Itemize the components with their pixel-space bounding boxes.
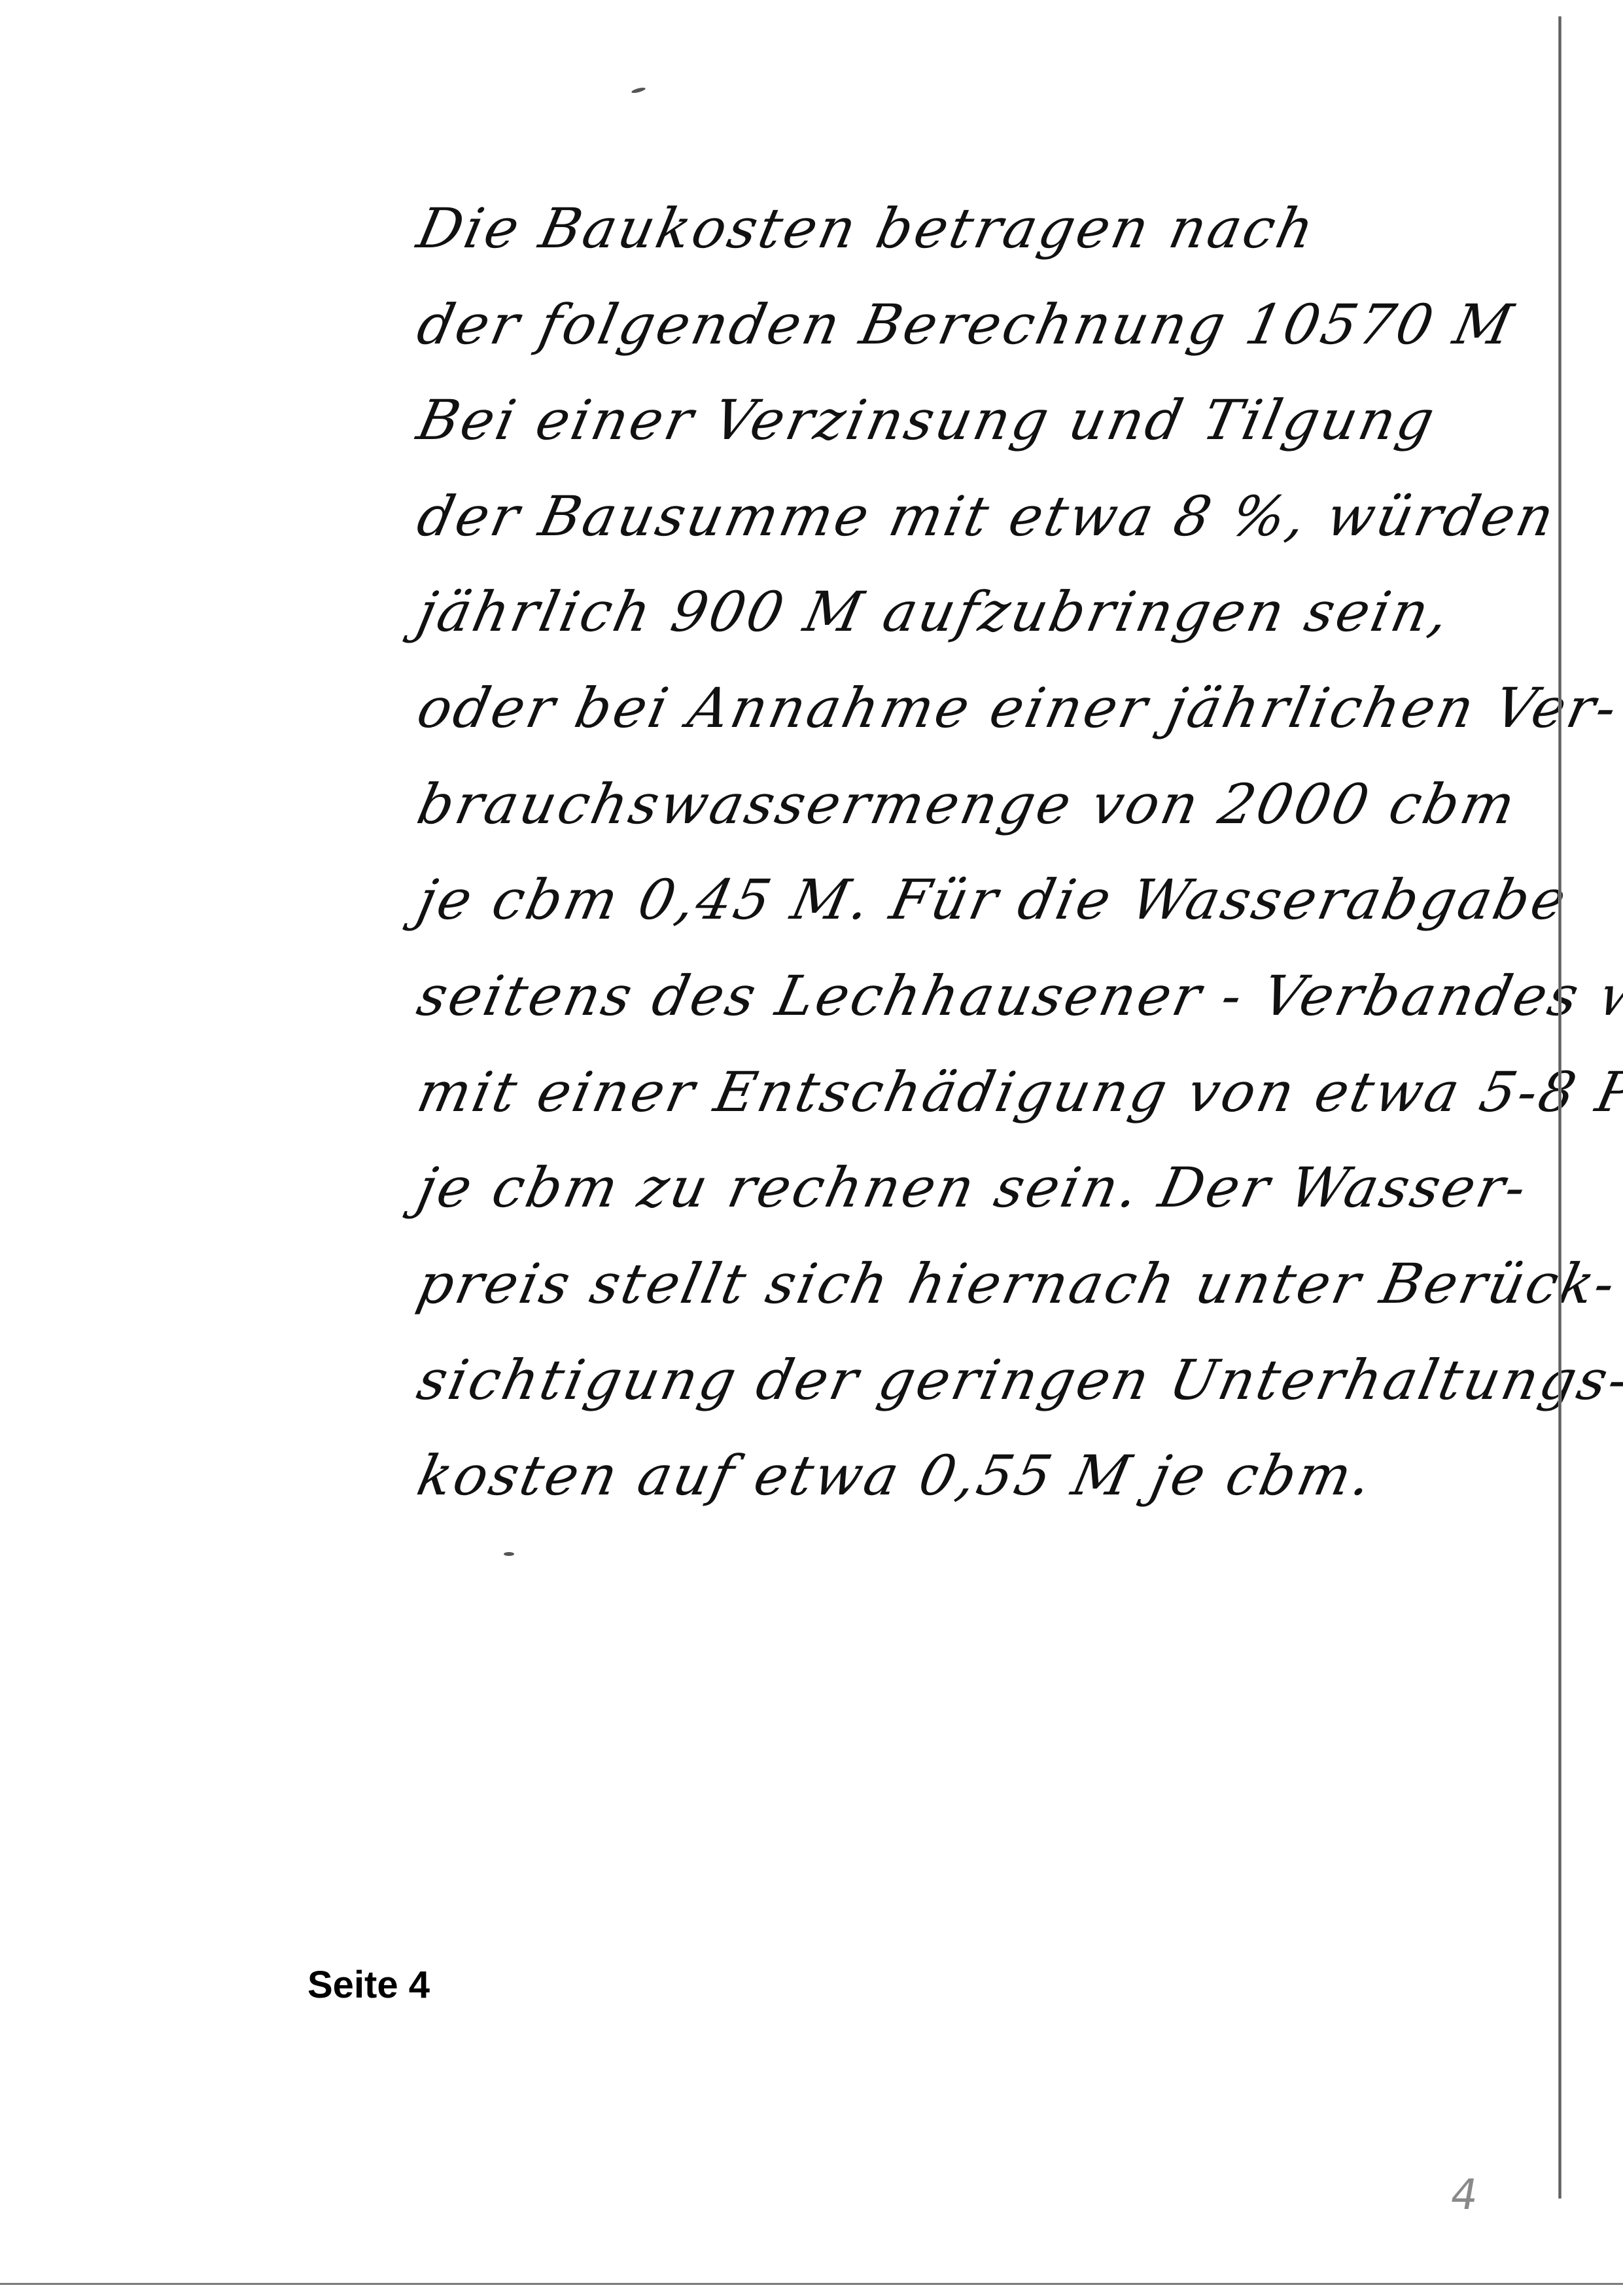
document-page: Die Baukosten betragen nach der folgende… [0,0,1623,2296]
scan-speck [631,86,646,94]
handwritten-line: je cbm zu rechnen sein. Der Wasser- [412,1156,1535,1220]
handwritten-line: seitens des Lechhausener - Verbandes wir… [412,964,1623,1028]
handwritten-line: Die Baukosten betragen nach [412,196,1322,260]
handwritten-line: sichtigung der geringen Unterhaltungs- [412,1348,1623,1412]
handwritten-line: der Bausumme mit etwa 8 %, würden [412,484,1562,548]
handwritten-line: preis stellt sich hiernach unter Berück- [412,1252,1623,1316]
handwritten-line: je cbm 0,45 M. Für die Wasserabgabe [412,868,1574,932]
handwritten-line: jährlich 900 M aufzubringen sein, [412,580,1457,644]
handwritten-line: oder bei Annahme einer jährlichen Ver- [412,676,1623,740]
handwritten-line: der folgenden Berechnung 10570 M [412,292,1521,357]
page-label: Seite 4 [307,1963,430,2007]
binding-edge-line [1558,16,1562,2199]
handwritten-line: kosten auf etwa 0,55 M je cbm. [412,1443,1380,1508]
scan-speck [504,1552,514,1556]
handwritten-page-number: 4 [1446,2171,1482,2219]
handwritten-line: brauchswassermenge von 2000 cbm [412,772,1524,836]
handwritten-line: mit einer Entschädigung von etwa 5-8 Pf [412,1060,1623,1124]
page-bottom-rule [0,2283,1623,2285]
handwritten-line: Bei einer Verzinsung und Tilgung [412,388,1442,452]
